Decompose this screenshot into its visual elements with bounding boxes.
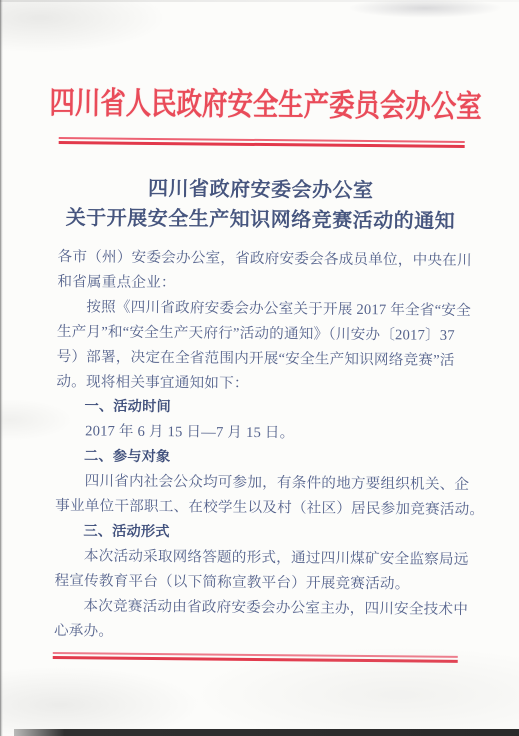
doc-body: 各市（州）安委会办公室，省政府安委会各成员单位，中央在川 和省属重点企业： 按照… <box>54 245 466 647</box>
footer-rule <box>53 652 458 663</box>
doc-title-line2: 关于开展安全生产知识网络竞赛活动的通知 <box>1 203 519 238</box>
section-heading: 三、活动形式 <box>55 519 463 548</box>
scan-edge-left <box>0 0 3 736</box>
body-line: 事业单位干部职工、在校学生以及村（社区）居民参加竞赛活动。 <box>55 494 463 523</box>
body-line: 生产月”和“安全生产天府行”活动的通知》（川安办〔2017〕37 <box>57 320 465 349</box>
doc-title-line1: 四川省政府安委会办公室 <box>1 173 519 208</box>
body-line: 2017 年 6 月 15 日—7 月 15 日。 <box>56 419 464 448</box>
section-heading: 一、活动时间 <box>56 394 464 423</box>
body-line: 按照《四川省政府安委会办公室关于开展 2017 年全省“安全 <box>57 295 465 324</box>
body-line: 心承办。 <box>54 619 462 648</box>
body-line: 程宣传教育平台（以下简称宣教平台）开展竞赛活动。 <box>54 569 462 598</box>
letterhead-rule <box>59 137 465 148</box>
body-line: 各市（州）安委会办公室，省政府安委会各成员单位，中央在川 <box>57 245 465 274</box>
letterhead-title: 四川省人民政府安全生产委员会办公室 <box>2 77 519 127</box>
body-line: 和省属重点企业： <box>57 270 465 299</box>
doc-title: 四川省政府安委会办公室 关于开展安全生产知识网络竞赛活动的通知 <box>1 173 519 238</box>
body-line: 本次活动采取网络答题的形式，通过四川煤矿安全监察局远 <box>55 544 463 573</box>
scan-edge-bottom <box>14 729 519 736</box>
scan-edge-top <box>0 0 519 2</box>
document: 四川省人民政府安全生产委员会办公室 四川省政府安委会办公室 关于开展安全生产知识… <box>0 0 519 736</box>
section-heading: 二、参与对象 <box>56 444 464 473</box>
letterhead-title-text: 四川省人民政府安全生产委员会办公室 <box>49 77 482 126</box>
scanned-page: 四川省人民政府安全生产委员会办公室 四川省政府安委会办公室 关于开展安全生产知识… <box>0 0 519 736</box>
body-line: 号）部署，决定在全省范围内开展“安全生产知识网络竞赛”活 <box>57 345 465 374</box>
body-line: 本次竞赛活动由省政府安委会办公室主办，四川安全技术中 <box>54 594 462 623</box>
body-line: 四川省内社会公众均可参加，有条件的地方要组织机关、企 <box>55 469 463 498</box>
